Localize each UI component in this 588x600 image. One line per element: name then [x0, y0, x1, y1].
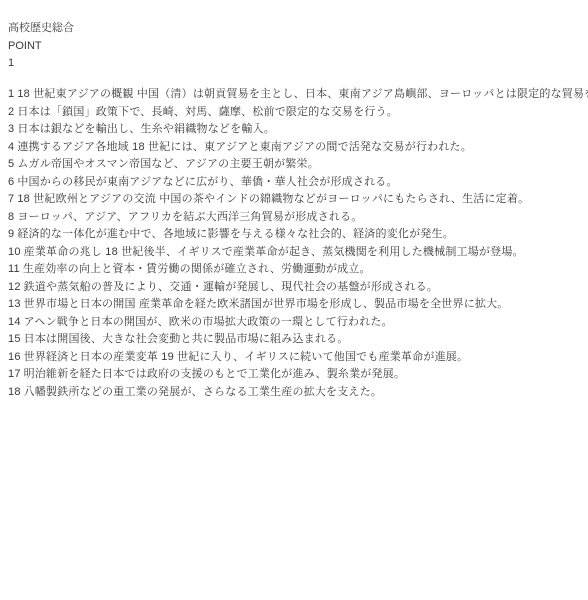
- point-number: 6: [8, 176, 14, 188]
- point-text: 世界市場と日本の開国 産業革命を経た欧米諸国が世界市場を形成し、製品市場を全世界…: [24, 298, 509, 310]
- point-line: 18八幡製鉄所などの重工業の発展が、さらなる工業生産の拡大を支えた。: [8, 384, 588, 402]
- point-line: 17明治維新を経た日本では政府の支援のもとで工業化が進み、製糸業が発展。: [8, 366, 588, 384]
- point-line: 13世界市場と日本の開国 産業革命を経た欧米諸国が世界市場を形成し、製品市場を全…: [8, 296, 588, 314]
- point-text: アヘン戦争と日本の開国が、欧米の市場拡大政策の一環として行われた。: [24, 316, 393, 328]
- point-number: 3: [8, 123, 14, 135]
- point-number: 7: [8, 193, 14, 205]
- point-text: ヨーロッパ、アジア、アフリカを結ぶ大西洋三角貿易が形成される。: [17, 211, 362, 223]
- point-number: 11: [8, 263, 20, 275]
- document-header: 高校歴史総合 POINT 1: [8, 20, 74, 73]
- point-text: 八幡製鉄所などの重工業の発展が、さらなる工業生産の拡大を支えた。: [24, 386, 382, 398]
- point-text: 世界経済と日本の産業変革 19 世紀に入り、イギリスに続いて他国でも産業革命が進…: [24, 351, 469, 363]
- document-subtitle: POINT: [8, 38, 74, 56]
- document-title: 高校歴史総合: [8, 20, 74, 38]
- point-number: 13: [8, 298, 21, 310]
- point-line: 718 世紀欧州とアジアの交流 中国の茶やインドの綿織物などがヨーロッパにもたら…: [8, 191, 588, 209]
- point-text: 産業革命の兆し 18 世紀後半、イギリスで産業革命が起き、蒸気機関を利用した機械…: [24, 246, 524, 258]
- point-text: 18 世紀東アジアの概観 中国（清）は朝貢貿易を主とし、日本、東南アジア島嶼部、…: [17, 88, 588, 100]
- point-text: 中国からの移民が東南アジアなどに広がり、華僑・華人社会が形成される。: [17, 176, 397, 188]
- points-list: 118 世紀東アジアの概観 中国（清）は朝貢貿易を主とし、日本、東南アジア島嶼部…: [8, 86, 588, 401]
- point-text: ムガル帝国やオスマン帝国など、アジアの主要王朝が繁栄。: [17, 158, 319, 170]
- point-text: 明治維新を経た日本では政府の支援のもとで工業化が進み、製糸業が発展。: [24, 368, 405, 380]
- point-number: 4: [8, 141, 14, 153]
- point-number: 5: [8, 158, 14, 170]
- point-number: 17: [8, 368, 21, 380]
- point-number: 14: [8, 316, 21, 328]
- point-line: 14アヘン戦争と日本の開国が、欧米の市場拡大政策の一環として行われた。: [8, 314, 588, 332]
- point-line: 10産業革命の兆し 18 世紀後半、イギリスで産業革命が起き、蒸気機関を利用した…: [8, 244, 588, 262]
- point-line: 12鉄道や蒸気船の普及により、交通・運輸が発展し、現代社会の基盤が形成される。: [8, 279, 588, 297]
- point-line: 15日本は開国後、大きな社会変動と共に製品市場に組み込まれる。: [8, 331, 588, 349]
- point-text: 18 世紀欧州とアジアの交流 中国の茶やインドの綿織物などがヨーロッパにもたらさ…: [17, 193, 529, 205]
- point-text: 日本は開国後、大きな社会変動と共に製品市場に組み込まれる。: [24, 333, 349, 345]
- point-number: 8: [8, 211, 14, 223]
- point-number: 9: [8, 228, 14, 240]
- point-number: 12: [8, 281, 21, 293]
- point-number: 2: [8, 106, 14, 118]
- point-number: 16: [8, 351, 21, 363]
- point-text: 連携するアジア各地域 18 世紀には、東アジアと東南アジアの間で活発な交易が行わ…: [17, 141, 472, 153]
- point-line: 2日本は「鎖国」政策下で、長崎、対馬、薩摩、松前で限定的な交易を行う。: [8, 104, 588, 122]
- point-line: 118 世紀東アジアの概観 中国（清）は朝貢貿易を主とし、日本、東南アジア島嶼部…: [8, 86, 588, 104]
- point-text: 経済的な一体化が進む中で、各地域に影響を与える様々な社会的、経済的変化が発生。: [17, 228, 454, 240]
- point-number: 10: [8, 246, 21, 258]
- point-line: 11生産効率の向上と資本・賃労働の関係が確立され、労働運動が成立。: [8, 261, 588, 279]
- point-number: 15: [8, 333, 21, 345]
- point-text: 日本は「鎖国」政策下で、長崎、対馬、薩摩、松前で限定的な交易を行う。: [17, 106, 398, 118]
- point-line: 3日本は銀などを輸出し、生糸や絹織物などを輸入。: [8, 121, 588, 139]
- point-line: 8ヨーロッパ、アジア、アフリカを結ぶ大西洋三角貿易が形成される。: [8, 209, 588, 227]
- point-text: 鉄道や蒸気船の普及により、交通・運輸が発展し、現代社会の基盤が形成される。: [24, 281, 438, 293]
- point-line: 4連携するアジア各地域 18 世紀には、東アジアと東南アジアの間で活発な交易が行…: [8, 139, 588, 157]
- point-line: 16世界経済と日本の産業変革 19 世紀に入り、イギリスに続いて他国でも産業革命…: [8, 349, 588, 367]
- document-page: 高校歴史総合 POINT 1 118 世紀東アジアの概観 中国（清）は朝貢貿易を…: [0, 0, 588, 600]
- point-line: 6中国からの移民が東南アジアなどに広がり、華僑・華人社会が形成される。: [8, 174, 588, 192]
- point-number: 18: [8, 386, 21, 398]
- point-number: 1: [8, 88, 14, 100]
- page-number: 1: [8, 55, 74, 73]
- point-line: 5ムガル帝国やオスマン帝国など、アジアの主要王朝が繁栄。: [8, 156, 588, 174]
- point-text: 日本は銀などを輸出し、生糸や絹織物などを輸入。: [17, 123, 275, 135]
- point-line: 9経済的な一体化が進む中で、各地域に影響を与える様々な社会的、経済的変化が発生。: [8, 226, 588, 244]
- point-text: 生産効率の向上と資本・賃労働の関係が確立され、労働運動が成立。: [23, 263, 371, 275]
